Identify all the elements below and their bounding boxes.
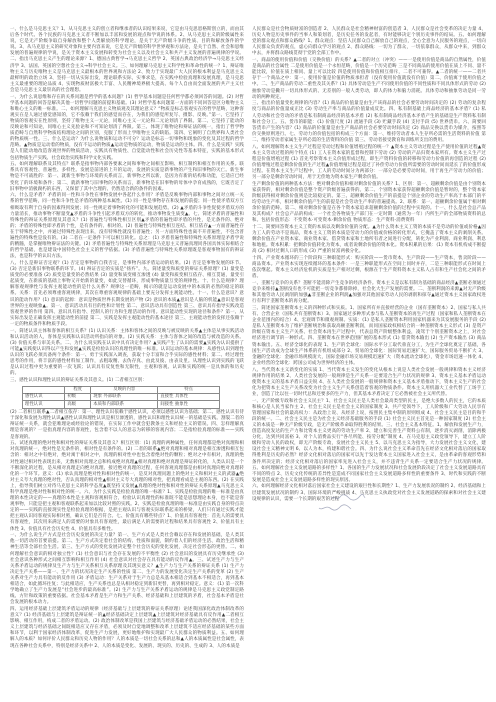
table-header-row: 程度 反映的内容 特点	[23, 386, 220, 393]
table-cell: 直接性 具体性	[158, 393, 220, 400]
paragraph: 四、运用经济基础上层建筑矛盾运动的规律（经济基础与上层建筑的辩证关系原理）论述我…	[10, 607, 244, 650]
table-cell: 高级	[65, 401, 91, 408]
table-row: 理性认识 高级 本质和内部联系 间接性 抽象性	[23, 401, 220, 408]
table-cell: 间接性 抽象性	[158, 401, 220, 408]
table-header-cell: 特点	[158, 386, 220, 393]
table-cell: 本质和内部联系	[91, 401, 158, 408]
right-text-column: 人民群众是社会物质财富的创造者 2、人民群众是社会精神财富的创造者 3、人民群众…	[252, 27, 486, 503]
left-text-column: 一、什么是马克思主义？1、从马克思主义的创立者和继承者的认识结果来说，它是由马克…	[10, 27, 244, 650]
paragraph: 一、简述认识主体和客体的相互关系？(1) 认识关系：主体和客体之间的反映与被反映…	[10, 329, 244, 378]
table-header-cell: 反映的内容	[91, 386, 158, 393]
paragraph: 一、为什么说生产方式是社会历史发展的决定力量？第一、生产方式是人类社会赖以存在和…	[10, 533, 244, 606]
paragraph: 五、如何理解联系及其特点？联系是指事物内部各要素之间和事物之间相互影响、相互制约…	[10, 162, 244, 192]
scanned-cheatsheet-page: 一、什么是马克思主义？1、从马克思主义的创立者和继承者的认识结果来说，它是由马克…	[0, 0, 496, 702]
paragraph: 人民群众是社会物质财富的创造者 2、人民群众是社会精神财富的创造者 3、人民群众…	[252, 27, 486, 57]
paragraph: 三、指出价值量变化规律的内容？(1) 商品的价值量是由生产该商品的社会必要劳动时…	[252, 101, 486, 144]
pen-annotation-icon	[318, 503, 352, 512]
cognition-comparison-table: 程度 反映的内容 特点 感性认识 初级 现象 外部联系 直接性 具体性 理性认识…	[22, 386, 220, 409]
paragraph: 一、为什么说思维和存在的关系问题是哲学的基本问题？(1) 哲学基本问题是任何哲学…	[10, 95, 244, 162]
paragraph: 一、无产阶级专政和社会主义民主？1、社会主义民主是人类社会最高类型的民主，是绝大…	[252, 399, 486, 484]
paragraph: 六、什么是矛盾？矛盾的同一性和斗争性在事物发展中各起什么作用？矛盾是反映事物内部…	[10, 193, 244, 260]
paragraph: 三、简述国家垄断资本主义的四种形式和实质。1、国家所有并直接经营的企业（国有垄断…	[252, 306, 486, 367]
paragraph: 十四、产业资本循环的三个阶段和三种职能形式：购买阶段——货币资本，生产阶段——生…	[252, 256, 486, 280]
paragraph: 八、当代资本主义新变化的实质 1、当代资本主义发生的变化从根本上说是人类社会发展…	[252, 368, 486, 398]
table-header-cell	[23, 386, 65, 393]
table-heading: 三、感性认识和理性认识的辩证关系及其意义。(1) 二者相互区别：	[10, 378, 244, 384]
paragraph: 一、什么是马克思主义？1、从马克思主义的创立者和继承者的认识结果来说，它是由马克…	[10, 27, 244, 94]
table-cell: 现象 外部联系	[91, 393, 158, 400]
paragraph: 六、如何理解经济文化相对落后国家社会主义建设的艰巨性和长期性？1、生产力发展状况…	[252, 484, 486, 502]
paragraph: 五、试述真理的绝对性和相对性的辩证关系及其意义？相互区别：(1) 真理的两种属性…	[10, 441, 244, 532]
paragraph: 八、什么是辩证否定观？(1) 否定是事物的自我否定，是事物内部矛盾运动的结果。(…	[10, 261, 244, 328]
table-cell: 初级	[65, 393, 91, 400]
paragraph: (2) 二者相互联系▲二者相互依存：第一、理性认识依赖于感性认识，必须以感性认识…	[10, 410, 244, 440]
paragraph: 八、如何理解资本主义生产过程是劳动过程和价值增殖过程的统一？▲资本主义劳动过程是…	[252, 145, 486, 182]
table-cell: 理性认识	[23, 401, 65, 408]
paragraph: 一、商品的使用价值和价值（交换价值）的关系？▲二者的对立（冲突）——一是使用价值…	[252, 58, 486, 101]
paragraph: 十二、简要回答资本主义工资的本质以及剩余价值的分配。▲为什么资本主义工资的本质不…	[252, 225, 486, 255]
table-row: 感性认识 初级 现象 外部联系 直接性 具体性	[23, 393, 220, 400]
pen-annotation-icon	[330, 493, 366, 502]
table-cell: 感性认识	[23, 393, 65, 400]
table-header-cell: 程度	[65, 386, 91, 393]
paragraph: 一、垄断与竞争的关系？垄断不能消除产生竞争的经济条件。资本主义是以私有制为基础的…	[252, 281, 486, 305]
paragraph: 生产剩余价值的两种基本方法：绝对剩余价值和相对剩余价值的关系？1、区别：第一、超…	[252, 182, 486, 225]
